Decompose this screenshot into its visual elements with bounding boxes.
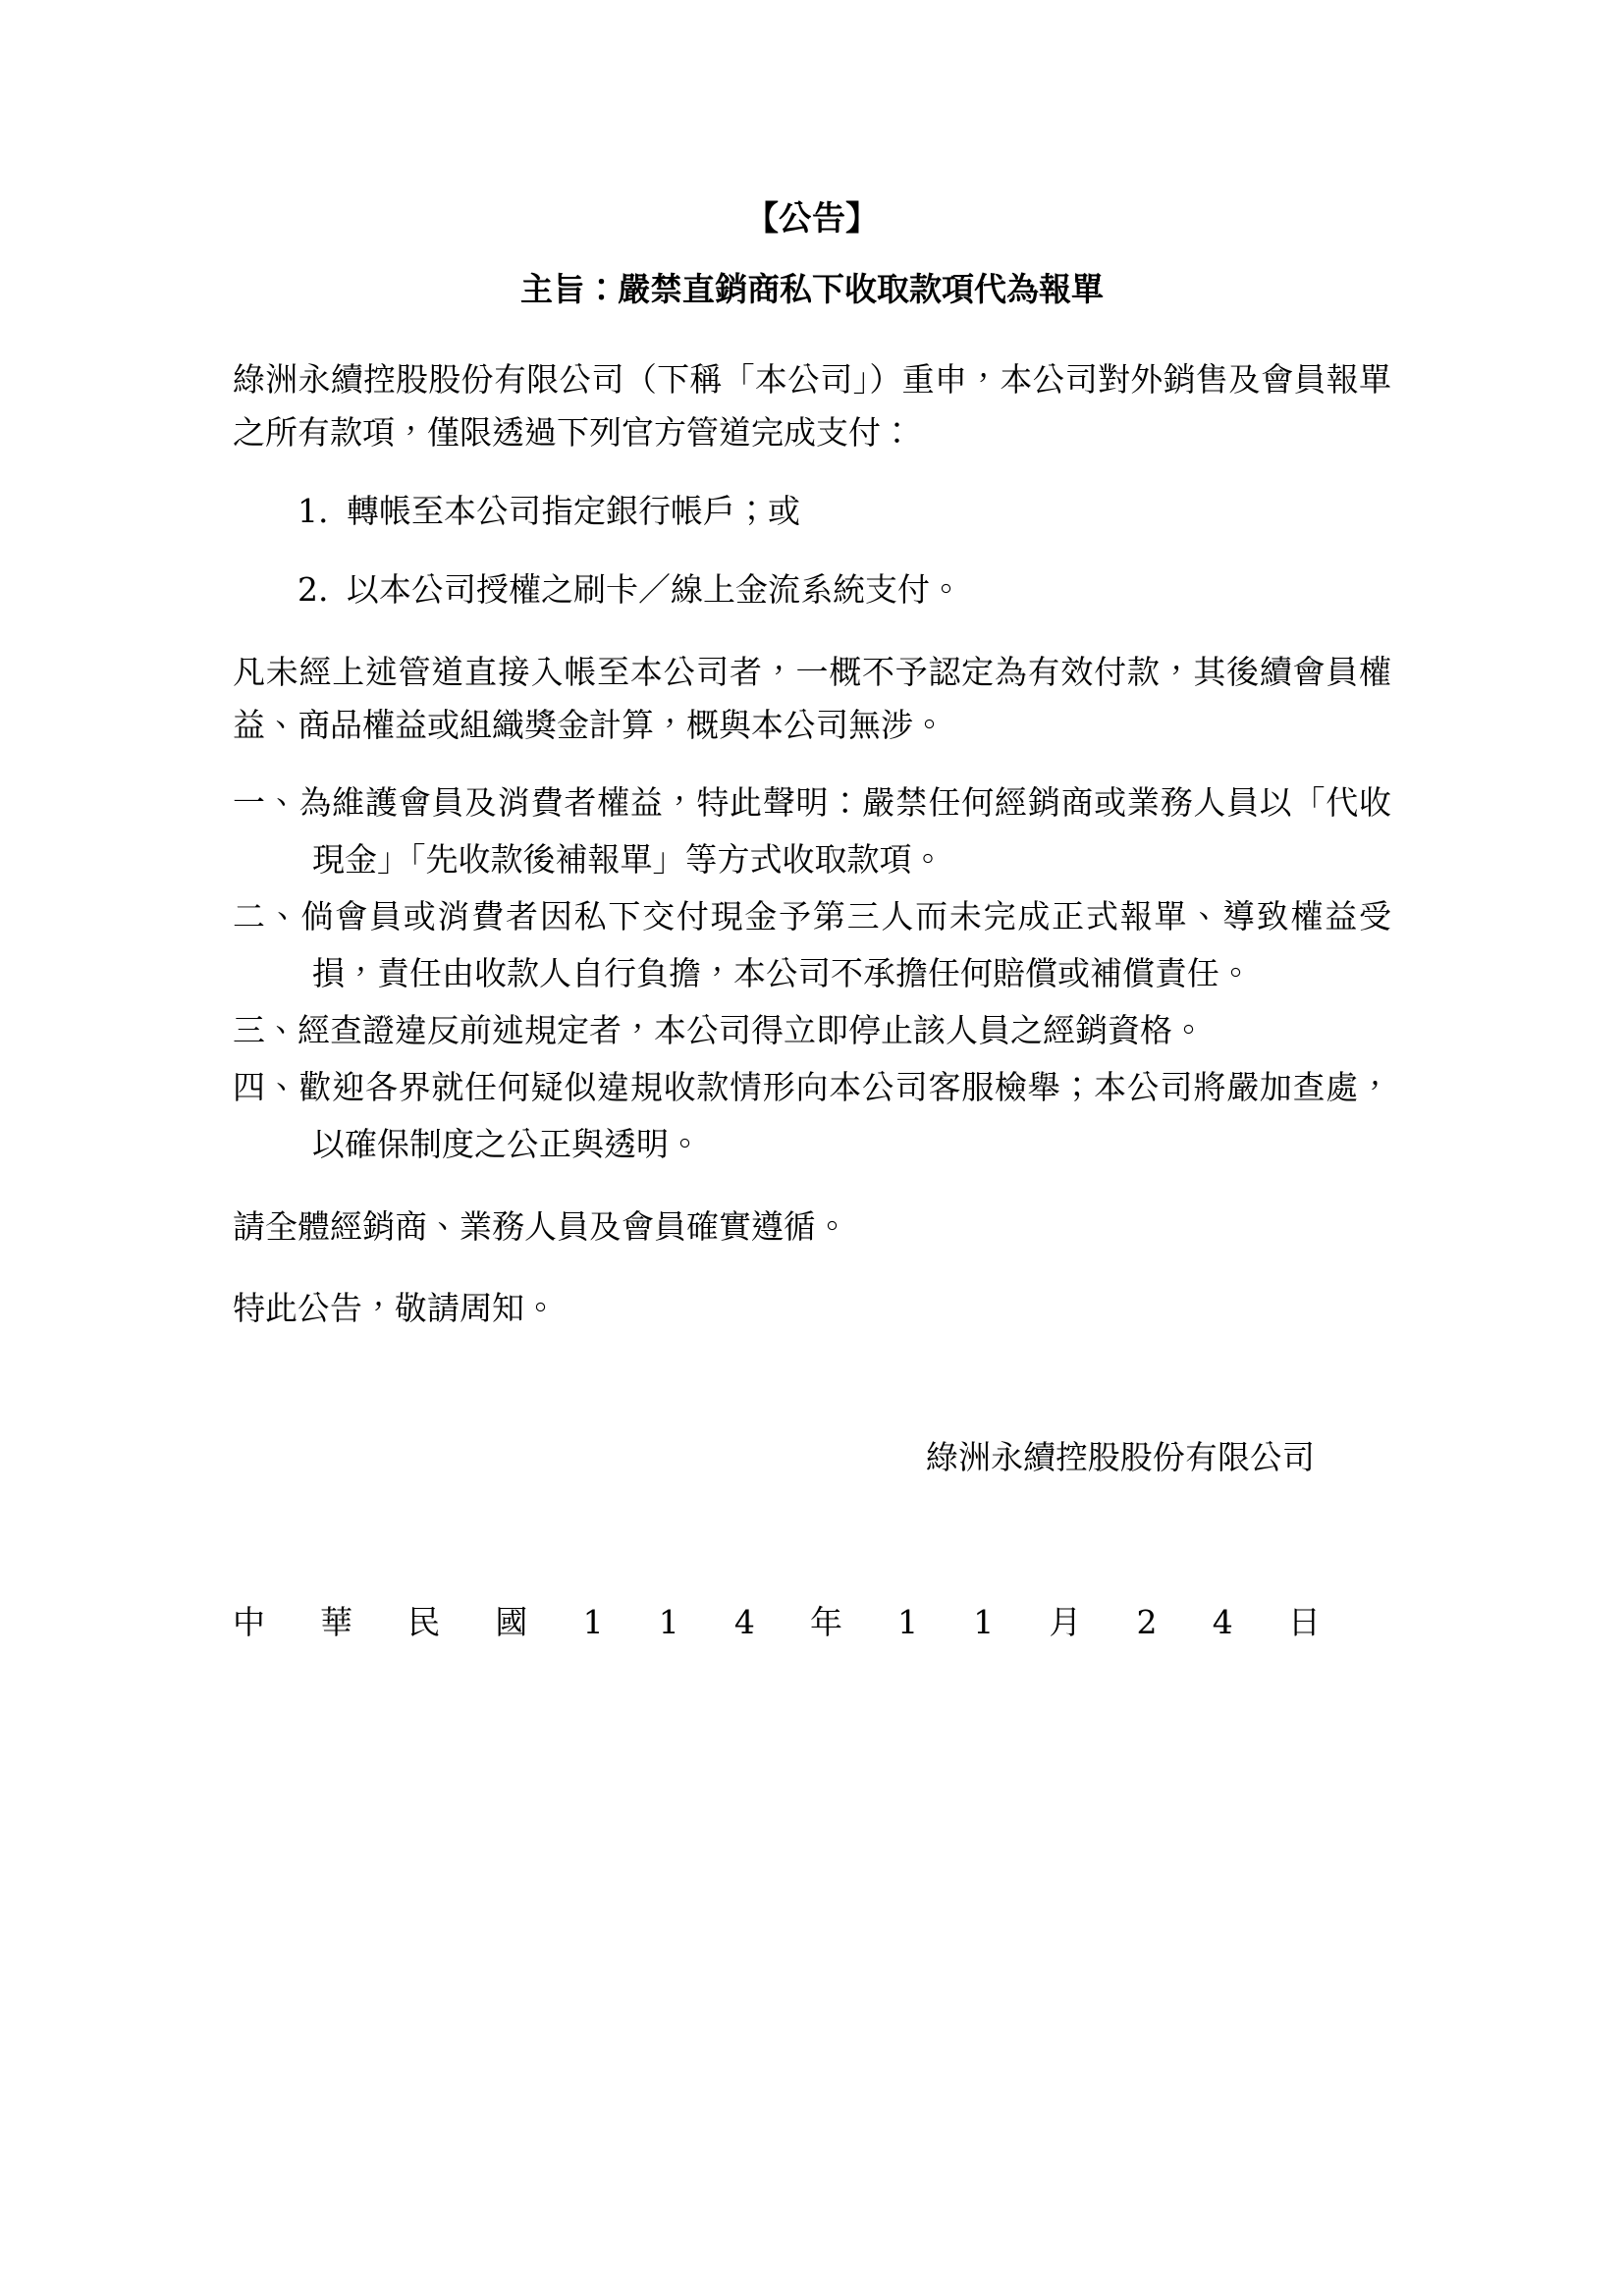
closing-paragraph: 特此公告，敬請周知。 [233, 1282, 1391, 1335]
disclaimer-paragraph: 凡未經上述管道直接入帳至本公司者，一概不予認定為有效付款，其後續會員權益、商品權… [233, 646, 1391, 752]
date-token: 4 [734, 1596, 755, 1649]
date-token: 1 [897, 1596, 918, 1649]
date-token: 4 [1213, 1596, 1233, 1649]
date-line: 中 華 民 國 1 1 4 年 1 1 月 2 4 日 [233, 1596, 1321, 1649]
provision-number: 四、 [233, 1068, 298, 1106]
provision-item: 一、為維護會員及消費者權益，特此聲明：嚴禁任何經銷商或業務人員以「代收現金」「先… [233, 774, 1391, 888]
provision-item: 二、倘會員或消費者因私下交付現金予第三人而未完成正式報單、導致權益受損，責任由收… [233, 888, 1391, 1002]
provision-number: 二、 [233, 897, 301, 935]
payment-method-number: 2. [298, 563, 329, 616]
date-token: 年 [810, 1596, 842, 1649]
provision-item: 四、歡迎各界就任何疑似違規收款情形向本公司客服檢舉；本公司將嚴加查處，以確保制度… [233, 1059, 1391, 1173]
provision-text: 為維護會員及消費者權益，特此聲明：嚴禁任何經銷商或業務人員以「代收現金」「先收款… [298, 783, 1391, 879]
payment-method-item: 1. 轉帳至本公司指定銀行帳戶；或 [233, 485, 1391, 538]
date-token: 2 [1137, 1596, 1158, 1649]
announcement-page: 【公告】 主旨：嚴禁直銷商私下收取款項代為報單 綠洲永續控股股份有限公司（下稱「… [0, 0, 1624, 2296]
intro-paragraph: 綠洲永續控股股份有限公司（下稱「本公司」）重申，本公司對外銷售及會員報單之所有款… [233, 353, 1391, 459]
date-token: 1 [973, 1596, 994, 1649]
date-token: 民 [407, 1596, 440, 1649]
date-token: 1 [583, 1596, 604, 1649]
provision-text: 歡迎各界就任何疑似違規收款情形向本公司客服檢舉；本公司將嚴加查處，以確保制度之公… [298, 1068, 1391, 1163]
compliance-paragraph: 請全體經銷商、業務人員及會員確實遵循。 [233, 1201, 1391, 1254]
provision-number: 一、 [233, 783, 298, 822]
payment-method-text: 轉帳至本公司指定銀行帳戶；或 [347, 492, 800, 530]
provision-number: 三、 [233, 1011, 298, 1049]
subject-line: 主旨：嚴禁直銷商私下收取款項代為報單 [233, 267, 1391, 312]
provision-item: 三、經查證違反前述規定者，本公司得立即停止該人員之經銷資格。 [233, 1002, 1391, 1059]
announcement-content: 【公告】 主旨：嚴禁直銷商私下收取款項代為報單 綠洲永續控股股份有限公司（下稱「… [233, 196, 1391, 1649]
date-token: 1 [659, 1596, 679, 1649]
company-signature: 綠洲永續控股股份有限公司 [233, 1431, 1391, 1484]
date-token: 月 [1049, 1596, 1081, 1649]
date-token: 日 [1288, 1596, 1321, 1649]
provision-list: 一、為維護會員及消費者權益，特此聲明：嚴禁任何經銷商或業務人員以「代收現金」「先… [233, 774, 1391, 1173]
provision-text: 倘會員或消費者因私下交付現金予第三人而未完成正式報單、導致權益受損，責任由收款人… [301, 897, 1392, 992]
provision-text: 經查證違反前述規定者，本公司得立即停止該人員之經銷資格。 [298, 1011, 1205, 1049]
date-token: 國 [495, 1596, 527, 1649]
payment-method-item: 2. 以本公司授權之刷卡／線上金流系統支付。 [233, 563, 1391, 616]
announcement-tag: 【公告】 [233, 196, 1391, 241]
date-token: 中 [233, 1596, 265, 1649]
payment-method-text: 以本公司授權之刷卡／線上金流系統支付。 [347, 570, 962, 609]
date-token: 華 [320, 1596, 352, 1649]
payment-method-number: 1. [298, 485, 329, 538]
